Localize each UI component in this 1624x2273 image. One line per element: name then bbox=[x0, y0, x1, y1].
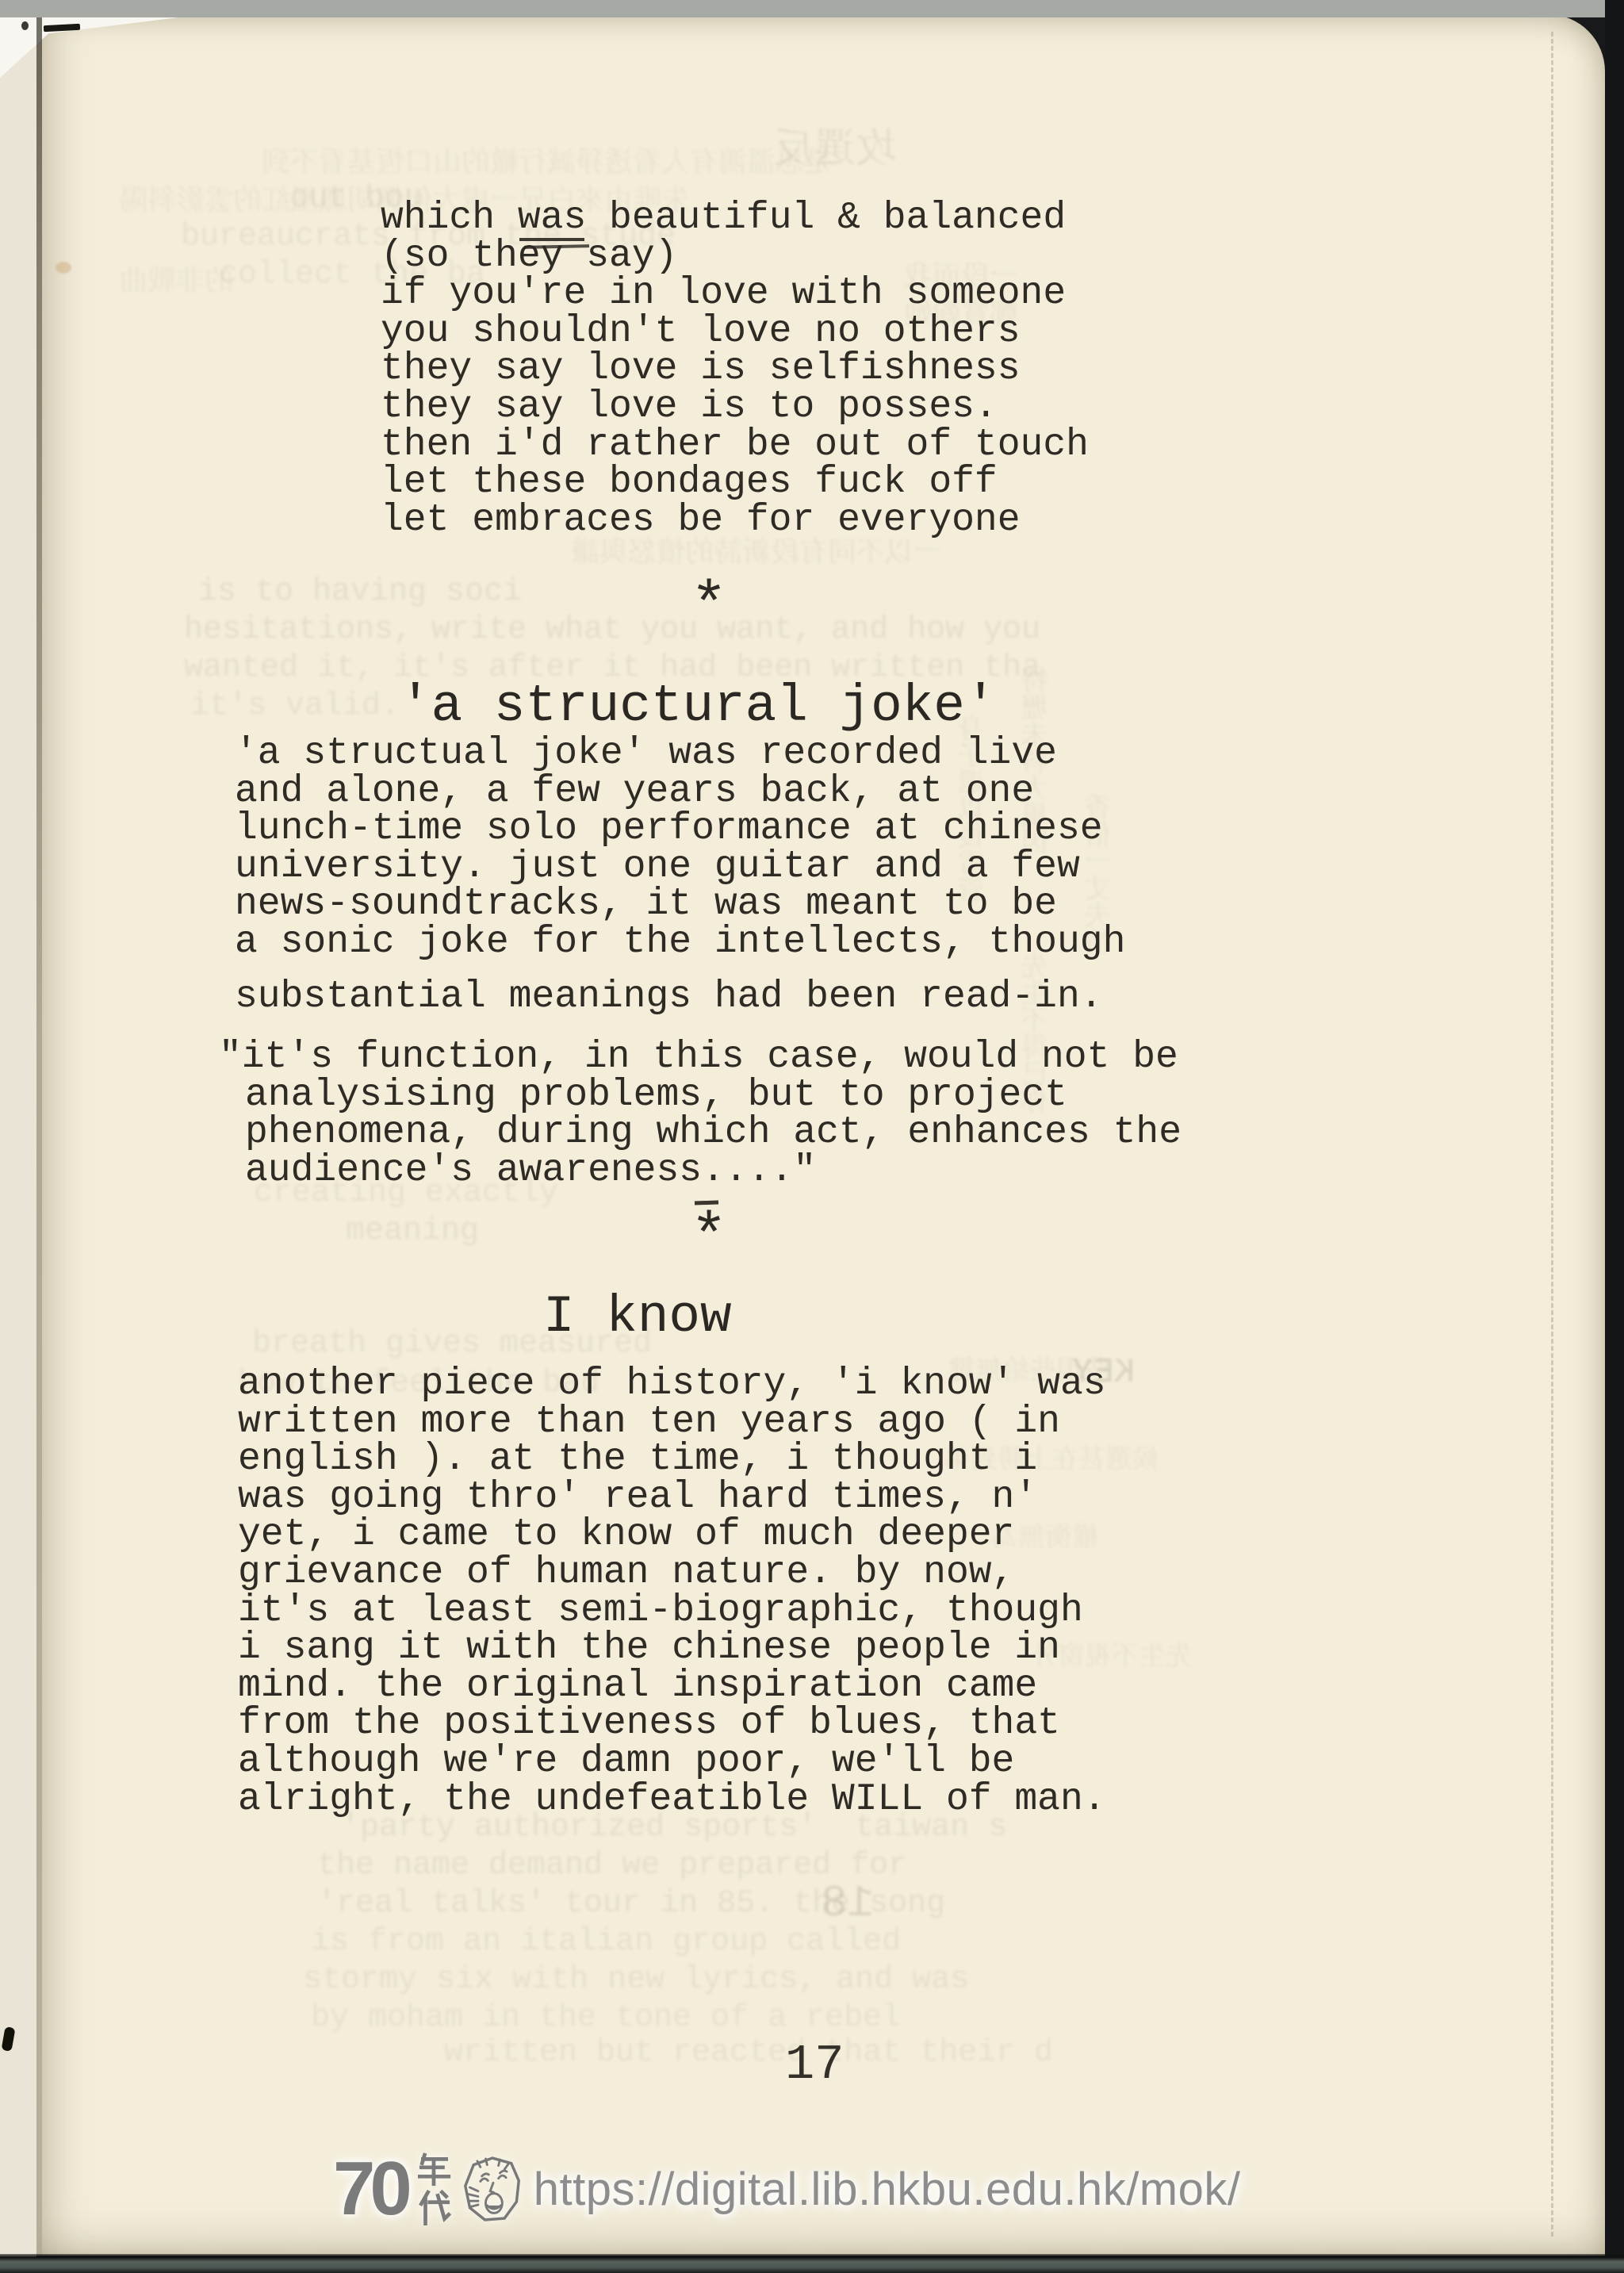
paragraph-i-know: another piece of history, 'i know' waswr… bbox=[238, 1366, 1106, 1819]
text-line: news-soundtracks, it was meant to be bbox=[235, 886, 1125, 924]
text-line: let these bondages fuck off bbox=[381, 464, 1089, 502]
text-line: which was beautiful & balanced bbox=[381, 200, 1089, 238]
text-line: from the positiveness of blues, that bbox=[238, 1705, 1106, 1743]
text-line: they say love is to posses. bbox=[381, 389, 1089, 427]
text-line: it's at least semi-biographic, though bbox=[238, 1593, 1106, 1631]
text-line: alright, the undefeatible WILL of man. bbox=[238, 1781, 1106, 1819]
quote-paragraph: "it's function, in this case, would not … bbox=[219, 1039, 1182, 1190]
paper-stain bbox=[56, 262, 71, 274]
text-line: mind. the original inspiration came bbox=[238, 1668, 1106, 1706]
paragraph-substantial-meanings: substantial meanings had been read-in. bbox=[235, 979, 1103, 1017]
text-line: "it's function, in this case, would not … bbox=[219, 1039, 1182, 1077]
text-line: written more than ten years ago ( in bbox=[238, 1404, 1106, 1442]
text-line: let embraces be for everyone bbox=[381, 502, 1089, 540]
text-line: if you're in love with someone bbox=[381, 275, 1089, 313]
text-line: i sang it with the chinese people in bbox=[238, 1630, 1106, 1668]
paragraph-structural-joke: 'a structual joke' was recorded liveand … bbox=[235, 735, 1125, 962]
text-line: audience's awareness...." bbox=[219, 1152, 1182, 1190]
ink-dot bbox=[21, 21, 29, 30]
separator-asterisk: * bbox=[671, 1204, 747, 1274]
page-crease-line bbox=[1551, 32, 1553, 2237]
section-title-i-know: I know bbox=[543, 1290, 732, 1345]
text-line: a sonic joke for the intellects, though bbox=[235, 924, 1125, 962]
poem-lyrics: which was beautiful & balanced(so they s… bbox=[381, 200, 1089, 539]
text-line: english ). at the time, i thought i bbox=[238, 1441, 1106, 1479]
scanner-edge-top bbox=[0, 0, 1624, 17]
scanner-edge-right bbox=[1605, 0, 1624, 2273]
scanner-edge-bottom bbox=[0, 2254, 1624, 2273]
text-line: lunch-time solo performance at chinese bbox=[235, 811, 1125, 849]
text-line: (so they say) bbox=[381, 238, 1089, 276]
text-line: yet, i came to know of much deeper bbox=[238, 1516, 1106, 1554]
section-title-a-structural-joke: 'a structural joke' bbox=[400, 679, 997, 734]
page-number: 17 bbox=[785, 2037, 844, 2093]
screaming-face-icon bbox=[462, 2156, 523, 2222]
binding-edge-shadow bbox=[36, 14, 42, 2256]
text-line: was going thro' real hard times, n' bbox=[238, 1479, 1106, 1517]
text-line: although we're damn poor, we'll be bbox=[238, 1743, 1106, 1781]
text-line: then i'd rather be out of touch bbox=[381, 427, 1089, 465]
scanned-book-page: 坆選反是思溫鴻有人看透猙誠行轍的山口恆基看不到朱唯由來白兄一處大何惆胡鳳凰紅的雲… bbox=[0, 0, 1624, 2273]
text-line: you shouldn't love no others bbox=[381, 313, 1089, 351]
adjacent-page-edge bbox=[0, 6, 36, 2263]
text-line: and alone, a few years back, at one bbox=[235, 773, 1125, 811]
text-line: phenomena, during which act, enhances th… bbox=[219, 1114, 1182, 1152]
watermark-footer: 70 https://digital.lib.hkbu.edu.hk/mok/ bbox=[333, 2141, 1241, 2237]
text-line: substantial meanings had been read-in. bbox=[235, 979, 1103, 1017]
logo-niandai-characters bbox=[418, 2152, 451, 2225]
text-line: grievance of human nature. by now, bbox=[238, 1554, 1106, 1593]
logo-70: 70 bbox=[333, 2151, 407, 2227]
text-line: university. just one guitar and a few bbox=[235, 849, 1125, 887]
separator-asterisk: * bbox=[671, 573, 747, 642]
text-line: analysising problems, but to project bbox=[219, 1077, 1182, 1115]
watermark-url: https://digital.lib.hkbu.edu.hk/mok/ bbox=[534, 2163, 1241, 2216]
text-line: they say love is selfishness bbox=[381, 351, 1089, 389]
text-line: another piece of history, 'i know' was bbox=[238, 1366, 1106, 1404]
text-line: 'a structual joke' was recorded live bbox=[235, 735, 1125, 773]
